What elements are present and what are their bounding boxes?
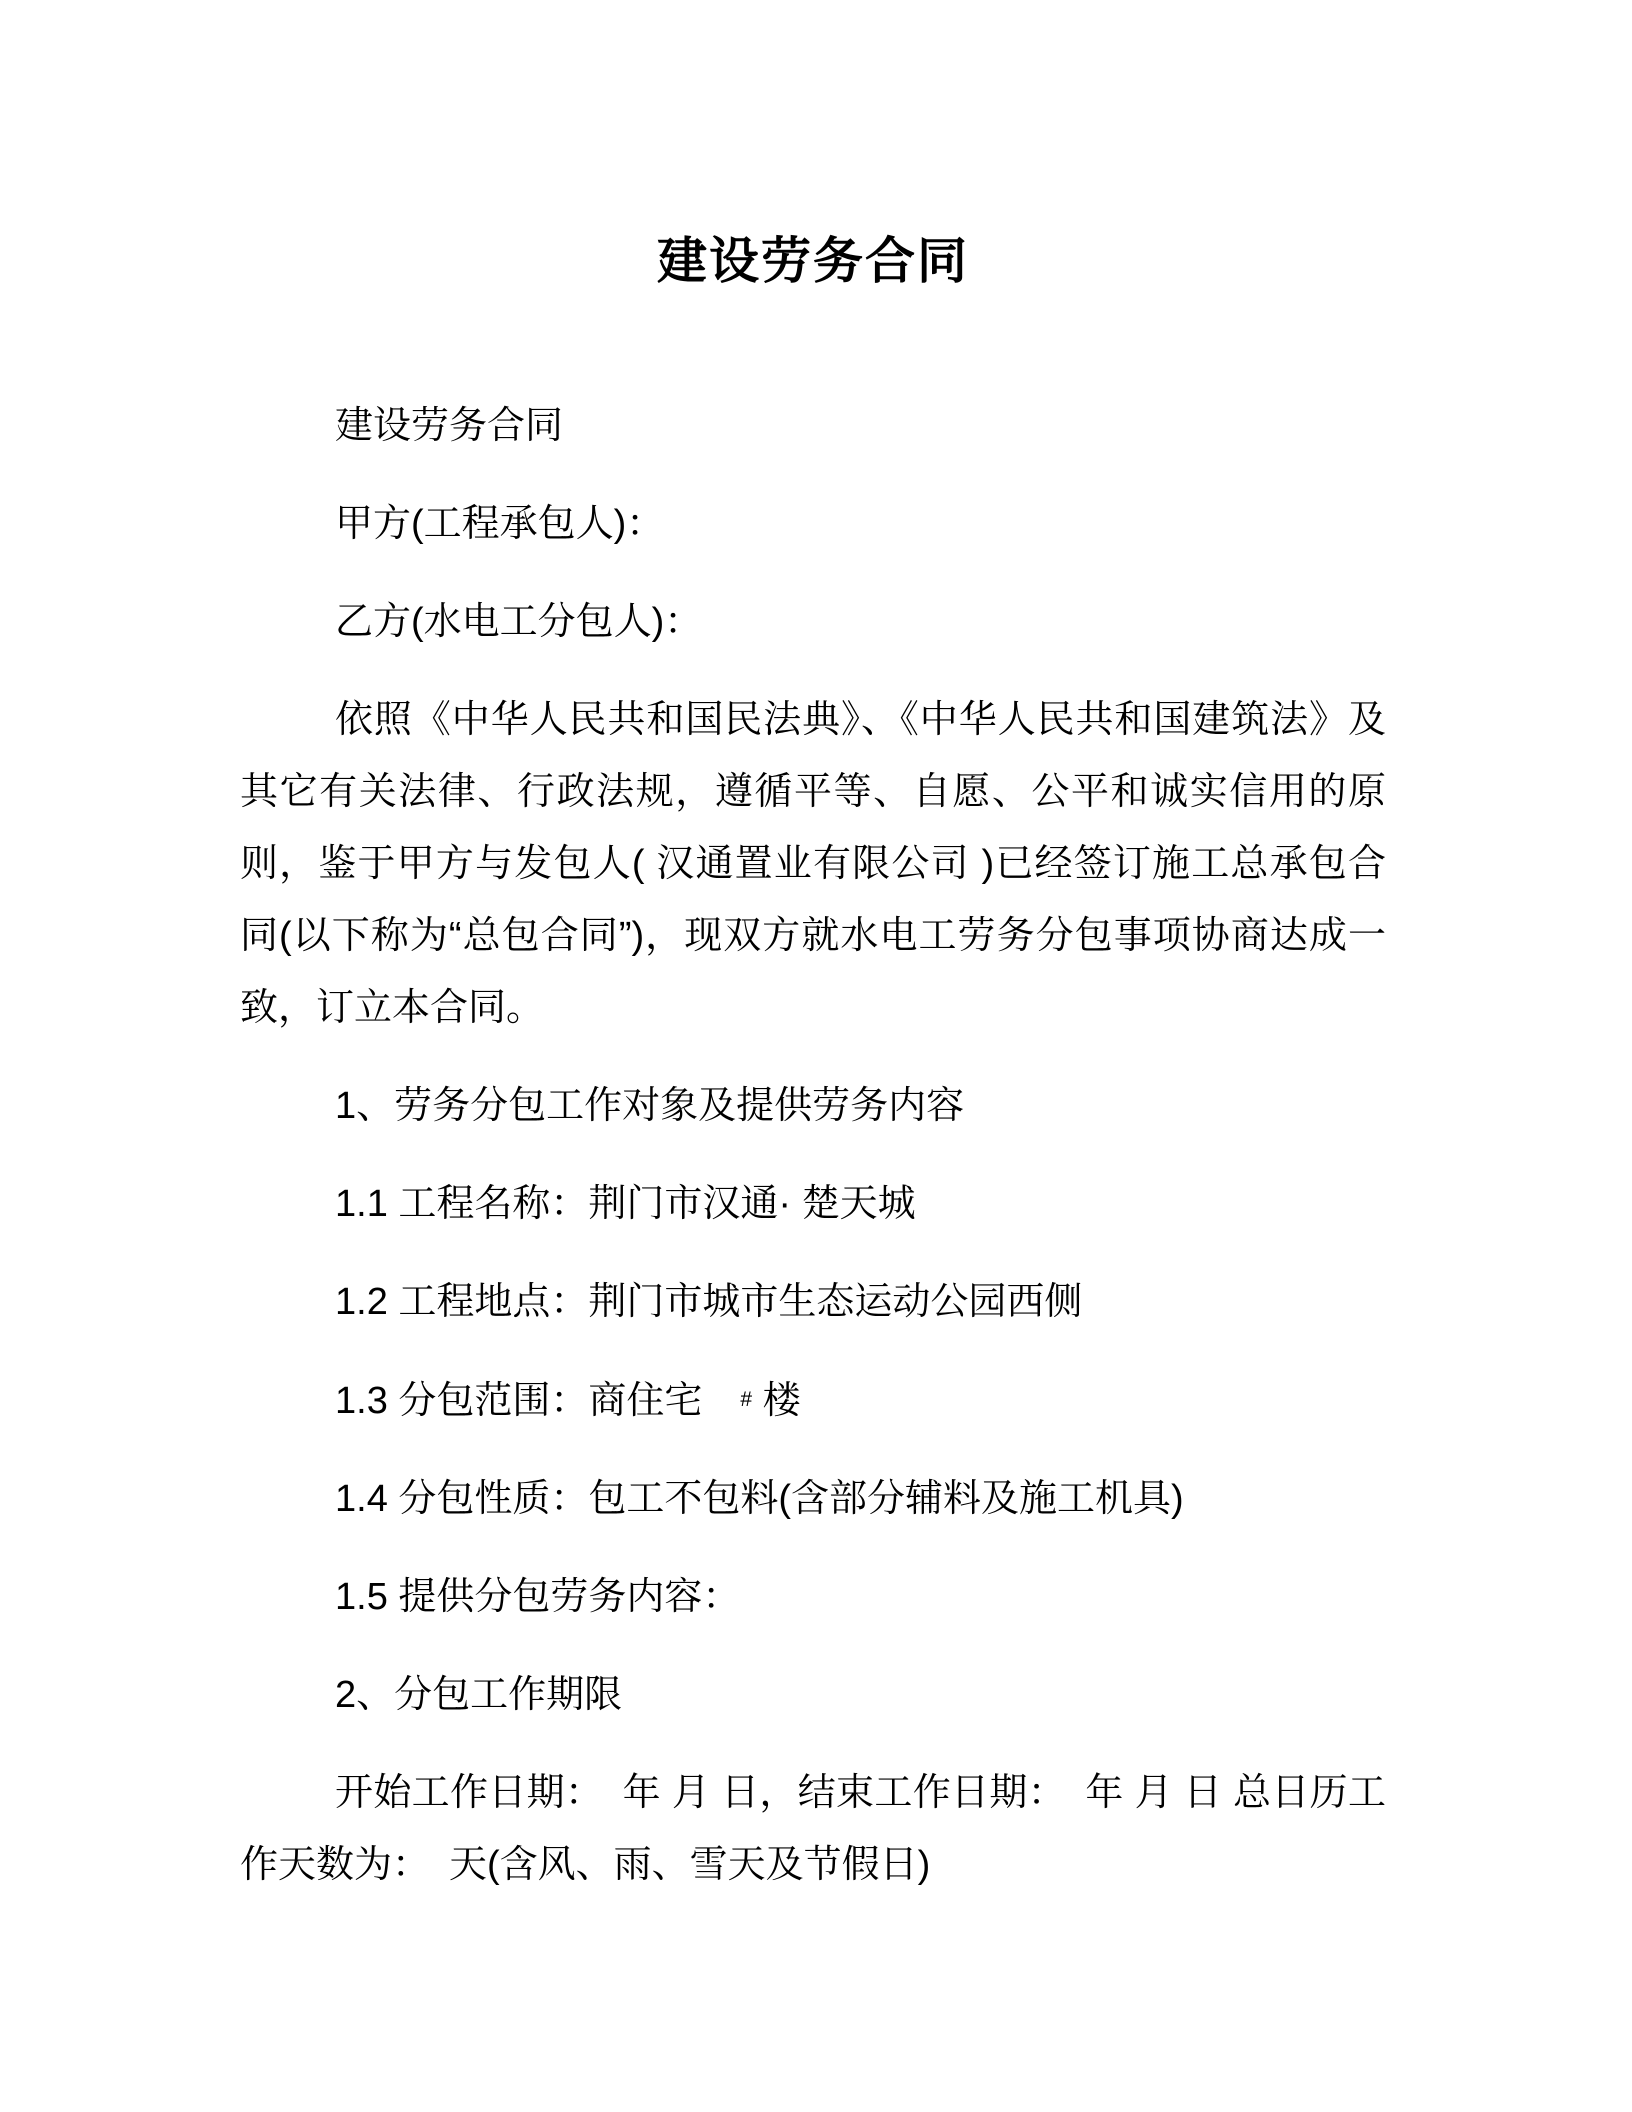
para-work-period: 开始工作日期： 年 月 日，结束工作日期： 年 月 日 总日历工作天数为： 天(… xyxy=(240,1757,1386,1901)
clause-1-3-suffix: 楼 xyxy=(752,1380,801,1422)
para-preamble: 依照《中华人民共和国民法典》、《中华人民共和国建筑法》及其它有关法律、行政法规，… xyxy=(240,684,1386,1044)
para-section2-heading: 2、分包工作期限 xyxy=(240,1659,1386,1731)
clause-1-3-prefix: 1.3 分包范围：商住宅 xyxy=(335,1380,740,1422)
document-title: 建设劳务合同 xyxy=(240,232,1386,290)
para-doc-subtitle: 建设劳务合同 xyxy=(240,390,1386,462)
para-clause-1-3-subcontract-scope: 1.3 分包范围：商住宅 # 楼 xyxy=(240,1364,1386,1437)
para-party-b: 乙方(水电工分包人)： xyxy=(240,586,1386,658)
building-number-hash-placeholder: # xyxy=(740,1388,752,1411)
para-clause-1-1-project-name: 1.1 工程名称：荆门市汉通· 楚天城 xyxy=(240,1168,1386,1240)
para-section1-heading: 1、劳务分包工作对象及提供劳务内容 xyxy=(240,1070,1386,1142)
para-clause-1-2-project-location: 1.2 工程地点：荆门市城市生态运动公园西侧 xyxy=(240,1266,1386,1338)
para-clause-1-5-labor-content: 1.5 提供分包劳务内容： xyxy=(240,1561,1386,1633)
document-page: 建设劳务合同 建设劳务合同 甲方(工程承包人)： 乙方(水电工分包人)： 依照《… xyxy=(0,0,1632,2112)
para-clause-1-4-subcontract-nature: 1.4 分包性质：包工不包料(含部分辅料及施工机具) xyxy=(240,1463,1386,1535)
para-party-a: 甲方(工程承包人)： xyxy=(240,488,1386,560)
